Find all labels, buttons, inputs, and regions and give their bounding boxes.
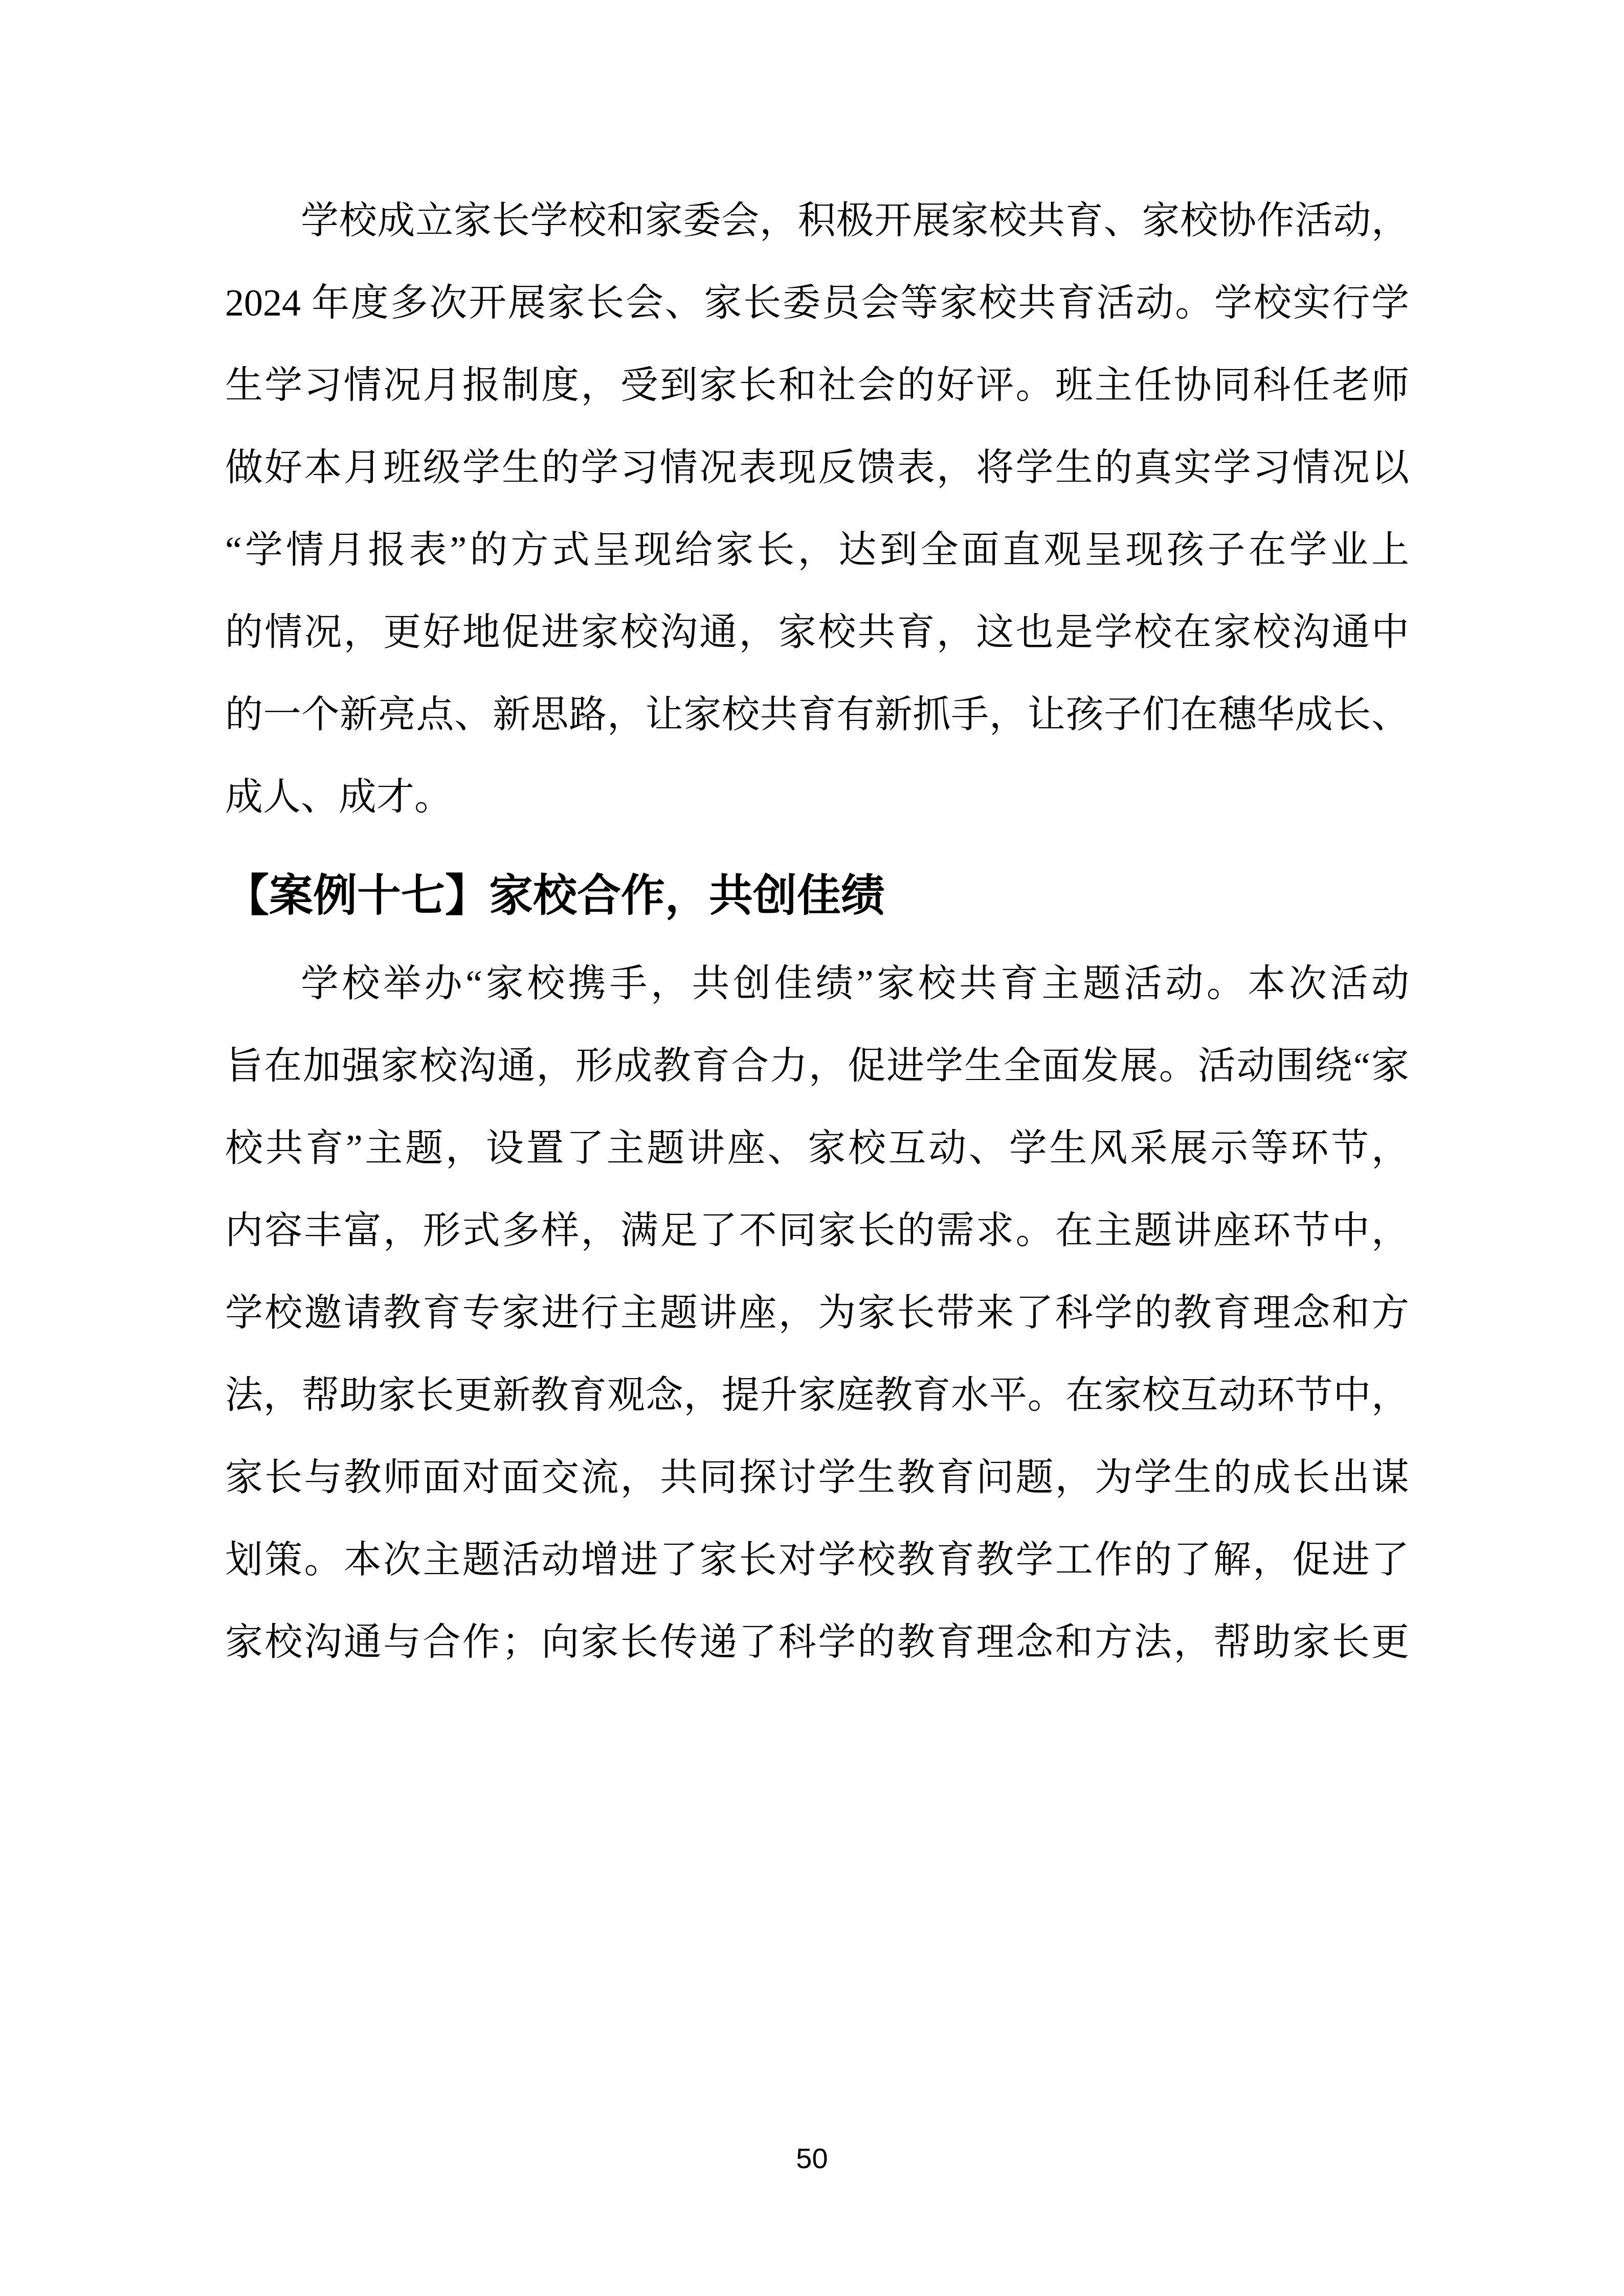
paragraph-1-line: “学情月报表”的方式呈现给家长，达到全面直观呈现孩子在学业上 — [225, 509, 1409, 592]
paragraph-1-line: 学校成立家长学校和家委会，积极开展家校共育、家校协作活动， — [225, 180, 1409, 262]
paragraph-2-line: 法，帮助家长更新教育观念，提升家庭教育水平。在家校互动环节中， — [225, 1355, 1409, 1437]
paragraph-2: 学校举办“家校携手，共创佳绩”家校共育主题活动。本次活动 旨在加强家校沟通，形成… — [225, 943, 1409, 1684]
text-block: 学校成立家长学校和家委会，积极开展家校共育、家校协作活动， 2024 年度多次开… — [225, 180, 1409, 1684]
paragraph-2-line: 校共育”主题，设置了主题讲座、家校互动、学生风采展示等环节， — [225, 1108, 1409, 1190]
paragraph-1-line: 的情况，更好地促进家校沟通，家校共育，这也是学校在家校沟通中 — [225, 592, 1409, 674]
paragraph-2-line: 旨在加强家校沟通，形成教育合力，促进学生全面发展。活动围绕“家 — [225, 1025, 1409, 1108]
document-page: 学校成立家长学校和家委会，积极开展家校共育、家校协作活动， 2024 年度多次开… — [0, 0, 1624, 2296]
paragraph-1: 学校成立家长学校和家委会，积极开展家校共育、家校协作活动， 2024 年度多次开… — [225, 180, 1409, 839]
paragraph-2-line: 家长与教师面对面交流，共同探讨学生教育问题，为学生的成长出谋 — [225, 1437, 1409, 1519]
paragraph-2-line: 学校邀请教育专家进行主题讲座，为家长带来了科学的教育理念和方 — [225, 1272, 1409, 1355]
paragraph-1-line: 的一个新亮点、新思路，让家校共育有新抓手，让孩子们在穗华成长、 — [225, 674, 1409, 756]
paragraph-2-line: 内容丰富，形式多样，满足了不同家长的需求。在主题讲座环节中， — [225, 1190, 1409, 1272]
paragraph-2-line: 学校举办“家校携手，共创佳绩”家校共育主题活动。本次活动 — [225, 943, 1409, 1025]
paragraph-1-line: 成人、成才。 — [225, 756, 1409, 839]
paragraph-1-line: 2024 年度多次开展家长会、家长委员会等家校共育活动。学校实行学 — [225, 262, 1409, 345]
paragraph-1-line: 生学习情况月报制度，受到家长和社会的好评。班主任协同科任老师 — [225, 345, 1409, 427]
paragraph-2-line: 划策。本次主题活动增进了家长对学校教育教学工作的了解，促进了 — [225, 1519, 1409, 1602]
paragraph-2-line: 家校沟通与合作；向家长传递了科学的教育理念和方法，帮助家长更 — [225, 1602, 1409, 1684]
paragraph-1-line: 做好本月班级学生的学习情况表现反馈表，将学生的真实学习情况以 — [225, 427, 1409, 509]
case-17-heading: 【案例十七】家校合作，共创佳绩 — [225, 849, 1409, 943]
page-number: 50 — [0, 2143, 1624, 2174]
